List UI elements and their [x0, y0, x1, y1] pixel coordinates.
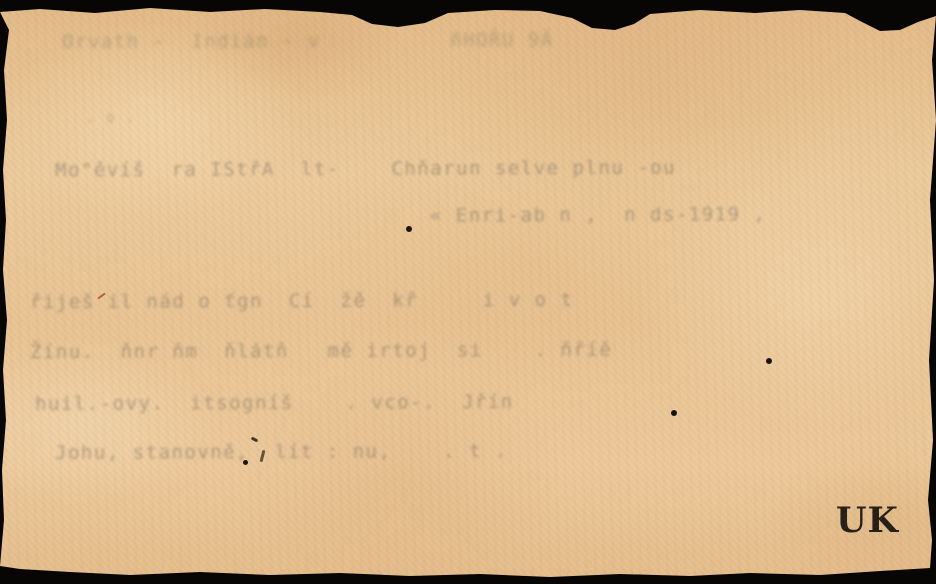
typed-line-illegible: řiješ il nád o ťgn Cí žě kř i v o t — [30, 289, 574, 313]
typed-line-illegible: Žínu. ňnr ňm ňlátň mě irtoj si . ňříě — [30, 339, 612, 364]
ink-speck — [766, 358, 772, 364]
typed-line-illegible: Johu, stanovně, lít : nu, . t . — [55, 440, 508, 464]
typed-line-illegible: huil.-ovy. itsogníš . vco-. Jřín — [35, 391, 514, 415]
card-paper: Orvath - Indián - v ňHOŘU 9Ä . o . Mo"ěv… — [0, 0, 936, 584]
ink-speck — [406, 226, 412, 232]
ink-speck — [671, 410, 677, 416]
ink-speck — [243, 460, 248, 465]
typed-line-illegible: Orvath - Indián - v ňHOŘU 9Ä — [62, 29, 554, 53]
library-stamp: UK — [836, 500, 899, 541]
typed-fragment: . o . — [86, 110, 136, 126]
typed-line-illegible: Mo"ěvíš ra IStřA lt- Chňarun selve plnu … — [55, 157, 676, 182]
typed-line-illegible: « Enri-ab n , n ds-1919 , — [430, 203, 767, 226]
scanned-card: Orvath - Indián - v ňHOŘU 9Ä . o . Mo"ěv… — [0, 0, 936, 584]
